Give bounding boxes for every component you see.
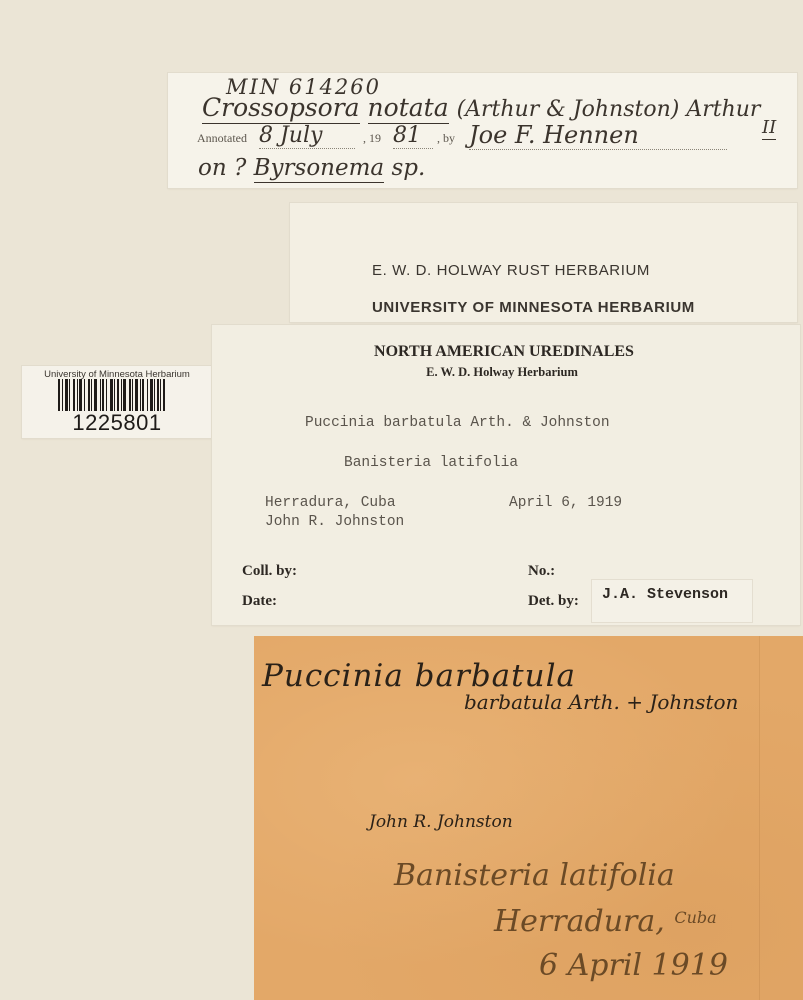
barcode-number: 1225801 [22, 410, 212, 436]
packet-fold-line [759, 636, 760, 1000]
stamp-line-2: UNIVERSITY OF MINNESOTA HERBARIUM [372, 299, 695, 316]
label-subtitle: E. W. D. Holway Herbarium [212, 365, 800, 380]
packet-date: 6 April 1919 [539, 948, 728, 983]
packet-collector: John R. Johnston [369, 812, 513, 832]
collection-date: April 6, 1919 [509, 495, 622, 511]
genus: Crossopsora [202, 93, 360, 124]
determination-line: Crossopsora notata (Arthur & Johnston) A… [202, 93, 760, 122]
packet-country: Cuba [674, 908, 716, 927]
herbarium-stamp-label: E. W. D. HOLWAY RUST HERBARIUM UNIVERSIT… [290, 203, 797, 322]
year-prefix: , 19 [363, 131, 381, 146]
stage: II [762, 117, 776, 140]
by-label: , by [437, 131, 455, 146]
host-suffix: sp. [391, 155, 425, 181]
annotated-date: 8 July [259, 123, 355, 149]
annotated-label: Annotated [197, 131, 247, 146]
authority: (Arthur & Johnston) Arthur [457, 97, 761, 122]
barcode-label: University of Minnesota Herbarium 122580… [22, 366, 212, 438]
packet-line-2: barbatula Arth. + Johnston [464, 690, 738, 714]
det-by-value: J.A. Stevenson [602, 586, 728, 603]
stamp-line-1: E. W. D. HOLWAY RUST HERBARIUM [372, 262, 650, 279]
date-label: Date: [242, 593, 277, 610]
annotated-year: 81 [393, 123, 433, 149]
determiner-slip: J.A. Stevenson [592, 580, 752, 622]
packet-locality: Herradura, Cuba [494, 904, 717, 939]
collector: John R. Johnston [265, 514, 404, 530]
host-line: on ? Byrsonema sp. [198, 155, 425, 181]
species: notata [368, 93, 449, 124]
annotator: Joe F. Hennen [469, 121, 727, 150]
label-title: NORTH AMERICAN UREDINALES [212, 343, 800, 361]
barcode-icon [58, 379, 192, 411]
host-genus: Byrsonema [254, 155, 385, 183]
species-name: Puccinia barbatula Arth. & Johnston [305, 415, 610, 431]
annotation-label: MIN 614260 Crossopsora notata (Arthur & … [168, 73, 797, 188]
specimen-packet: Puccinia barbatula barbatula Arth. + Joh… [254, 636, 803, 1000]
packet-line-1: Puccinia barbatula [262, 658, 576, 694]
annotated-line: Annotated 8 July , 19 81 , by Joe F. Hen… [197, 127, 727, 149]
det-by-label: Det. by: [528, 593, 579, 610]
host-name: Banisteria latifolia [344, 455, 518, 471]
no-label: No.: [528, 563, 555, 580]
locality: Herradura, Cuba [265, 495, 396, 511]
host-prefix: on ? [198, 155, 246, 181]
packet-host: Banisteria latifolia [394, 858, 675, 893]
coll-by-label: Coll. by: [242, 563, 297, 580]
